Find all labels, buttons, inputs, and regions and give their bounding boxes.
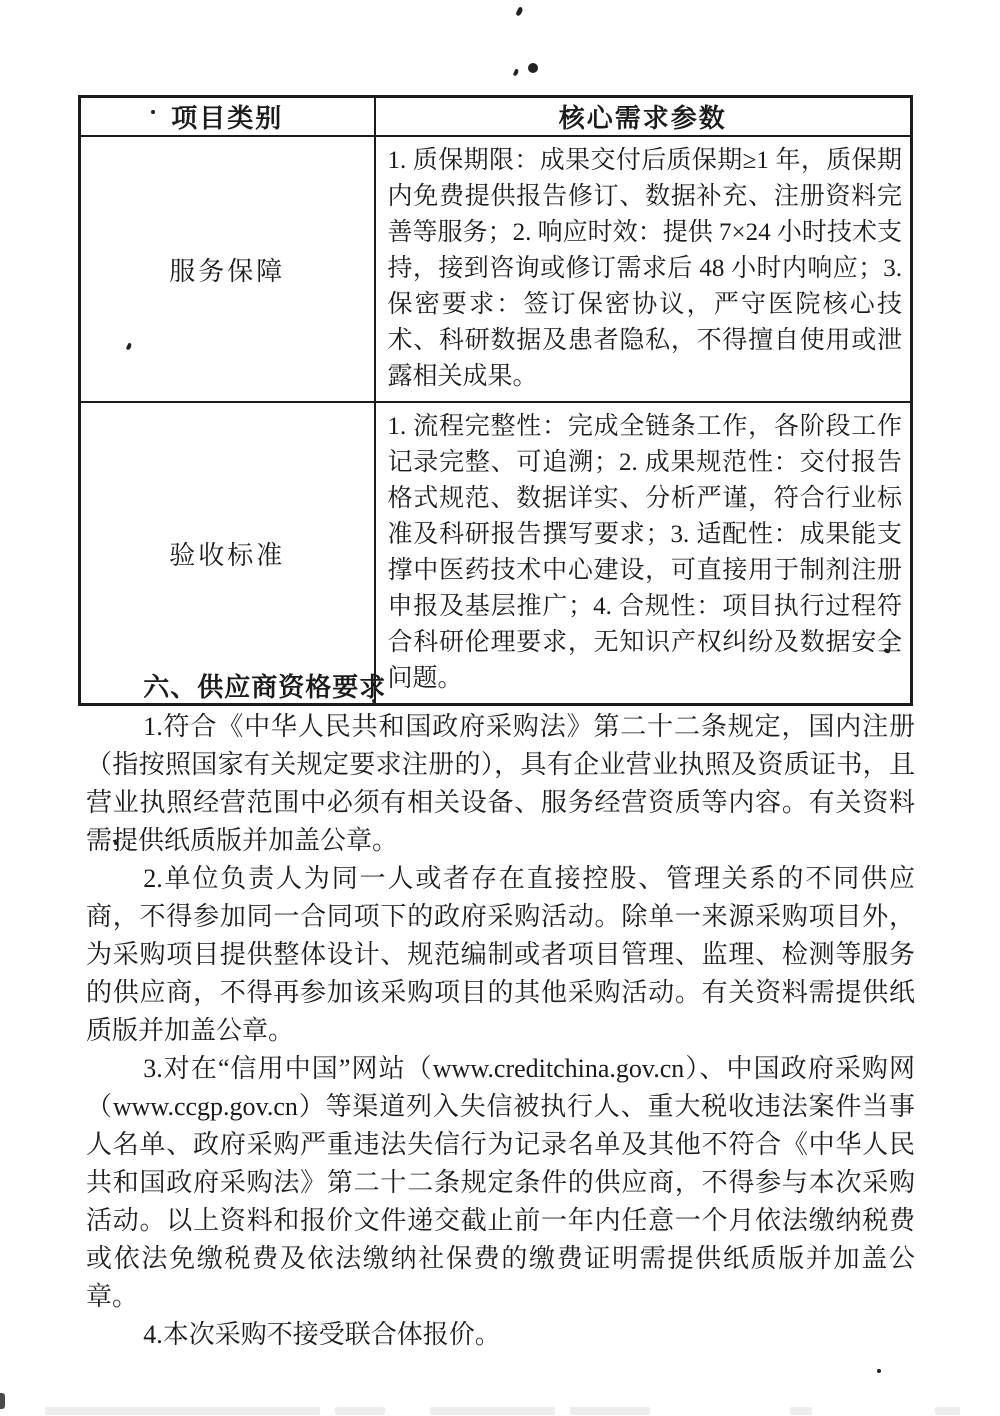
scan-speck <box>877 1369 881 1373</box>
scan-speck <box>372 699 376 703</box>
scan-speck <box>151 110 155 114</box>
requirements-table: 项目类别 核心需求参数 服务保障 1. 质保期限：成果交付后质保期≥1 年，质保… <box>78 95 913 706</box>
table-header-row: 项目类别 核心需求参数 <box>80 97 912 137</box>
category-label-service-guarantee: 服务保障 <box>80 136 375 402</box>
qualification-paragraph-3: 3.对在“信用中国”网站（www.creditchina.gov.cn）、中国政… <box>86 1050 915 1316</box>
table-row: 服务保障 1. 质保期限：成果交付后质保期≥1 年，质保期内免费提供报告修订、数… <box>80 136 912 402</box>
column-header-category: 项目类别 <box>80 97 375 137</box>
qualification-paragraph-4: 4.本次采购不接受联合体报价。 <box>86 1316 915 1354</box>
document-page: 项目类别 核心需求参数 服务保障 1. 质保期限：成果交付后质保期≥1 年，质保… <box>0 0 1000 1416</box>
scan-speck <box>513 68 520 76</box>
scan-edge-artifact <box>0 1393 5 1409</box>
params-text-acceptance-criteria: 1. 流程完整性：完成全链条工作，各阶段工作记录完整、可追溯；2. 成果规范性：… <box>375 402 912 705</box>
scan-speck <box>114 841 118 845</box>
column-header-params: 核心需求参数 <box>375 97 912 137</box>
qualification-paragraph-1: 1.符合《中华人民共和国政府采购法》第二十二条规定，国内注册（指按照国家有关规定… <box>86 708 915 860</box>
category-label-acceptance-criteria: 验收标准 <box>80 402 375 705</box>
section-heading: 六、供应商资格要求 <box>86 668 915 708</box>
table-row: 验收标准 1. 流程完整性：完成全链条工作，各阶段工作记录完整、可追溯；2. 成… <box>80 402 912 705</box>
scan-speck <box>528 63 538 73</box>
scan-speck <box>515 6 523 16</box>
params-text-service-guarantee: 1. 质保期限：成果交付后质保期≥1 年，质保期内免费提供报告修订、数据补充、注… <box>375 136 912 402</box>
qualification-paragraph-2: 2.单位负责人为同一人或者存在直接控股、管理关系的不同供应商，不得参加同一合同项… <box>86 860 915 1050</box>
supplier-qualification-section: 六、供应商资格要求 1.符合《中华人民共和国政府采购法》第二十二条规定，国内注册… <box>86 668 915 1354</box>
